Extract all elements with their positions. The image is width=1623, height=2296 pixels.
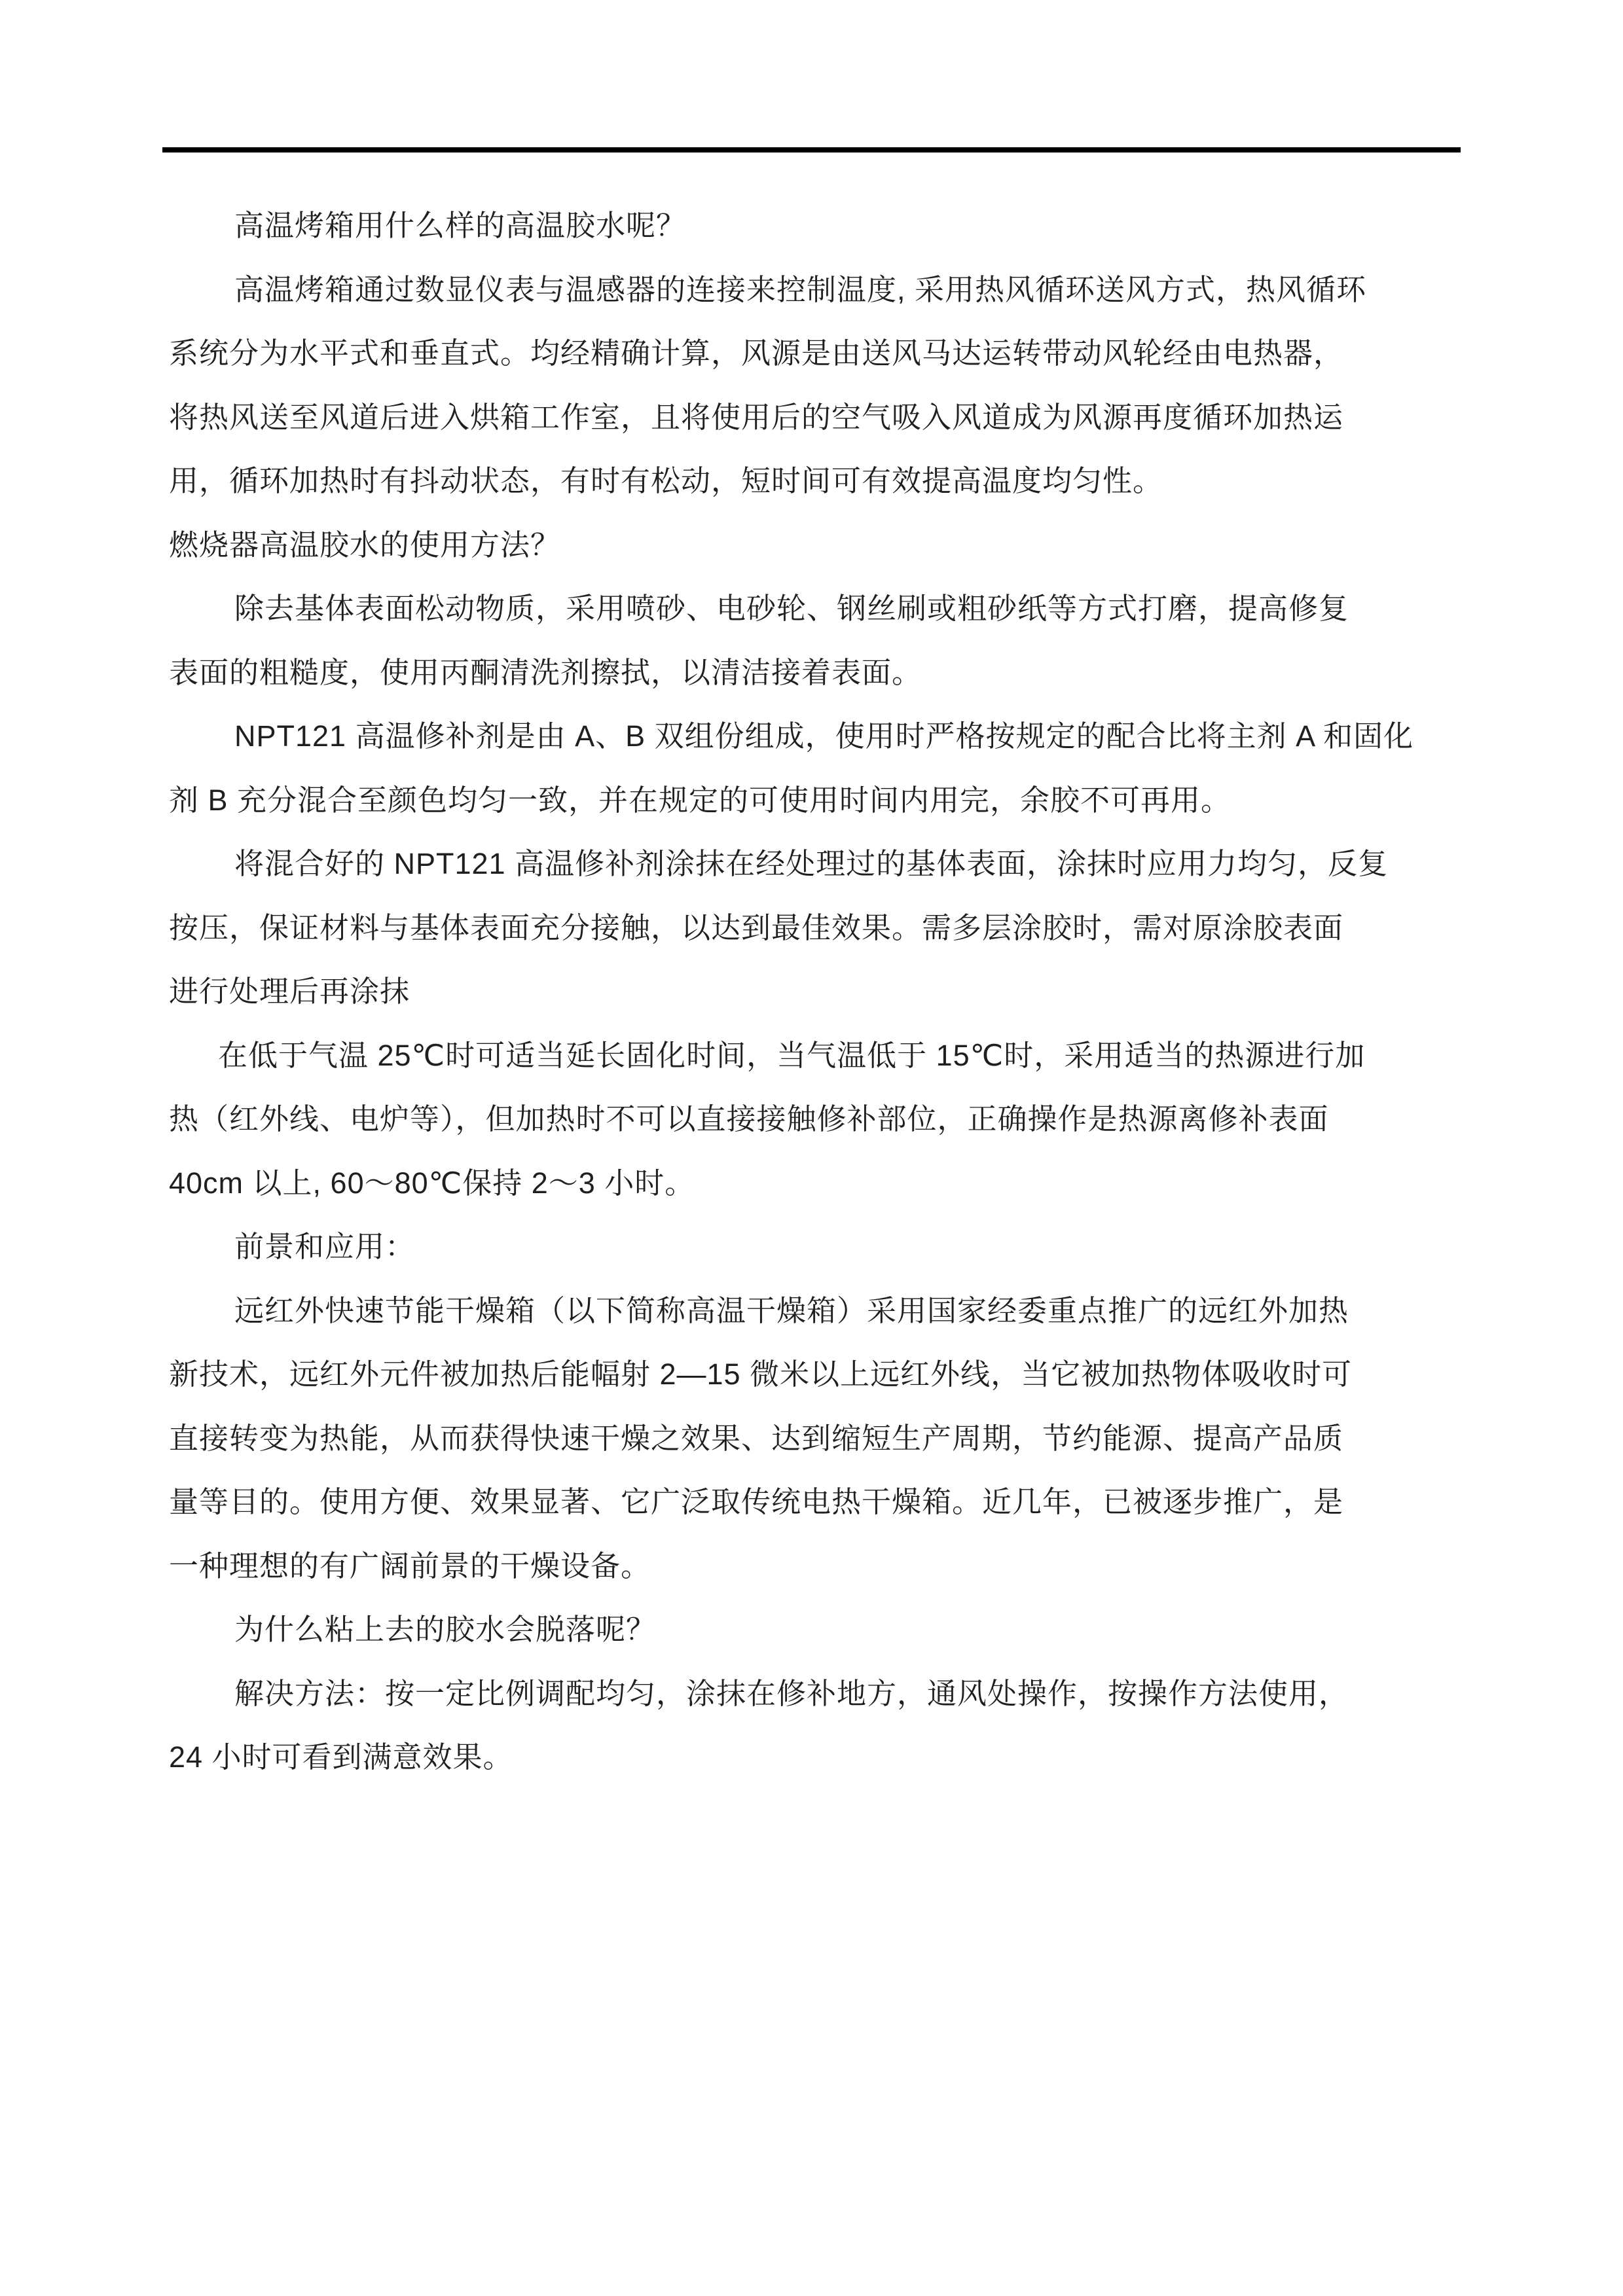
text-line: NPT121 高温修补剂是由 A、B 双组份组成，使用时严格按规定的配合比将主剂… bbox=[169, 704, 1462, 768]
text-line: 在低于气温 25℃时可适当延长固化时间，当气温低于 15℃时，采用适当的热源进行… bbox=[169, 1024, 1462, 1088]
text-line: 直接转变为热能，从而获得快速干燥之效果、达到缩短生产周期，节约能源、提高产品质 bbox=[169, 1407, 1462, 1471]
text-line: 为什么粘上去的胶水会脱落呢？ bbox=[169, 1598, 1462, 1662]
text-line: 高温烤箱用什么样的高温胶水呢？ bbox=[169, 194, 1462, 258]
text-line: 用，循环加热时有抖动状态，有时有松动，短时间可有效提高温度均匀性。 bbox=[169, 449, 1462, 513]
text-line: 解决方法：按一定比例调配均匀，涂抹在修补地方，通风处操作，按操作方法使用， bbox=[169, 1662, 1462, 1726]
text-line: 高温烤箱通过数显仪表与温感器的连接来控制温度, 采用热风循环送风方式，热风循环 bbox=[169, 258, 1462, 322]
text-line: 一种理想的有广阔前景的干燥设备。 bbox=[169, 1534, 1462, 1598]
text-line: 新技术，远红外元件被加热后能幅射 2—15 微米以上远红外线，当它被加热物体吸收… bbox=[169, 1342, 1462, 1407]
text-line: 量等目的。使用方便、效果显著、它广泛取传统电热干燥箱。近几年，已被逐步推广，是 bbox=[169, 1470, 1462, 1534]
text-line: 除去基体表面松动物质，采用喷砂、电砂轮、钢丝刷或粗砂纸等方式打磨，提高修复 bbox=[169, 577, 1462, 641]
text-line: 剂 B 充分混合至颜色均匀一致，并在规定的可使用时间内用完，余胶不可再用。 bbox=[169, 768, 1462, 833]
text-line: 按压，保证材料与基体表面充分接触，以达到最佳效果。需多层涂胶时，需对原涂胶表面 bbox=[169, 896, 1462, 960]
text-line: 40cm 以上, 60～80℃保持 2～3 小时。 bbox=[169, 1151, 1462, 1215]
document-body: 高温烤箱用什么样的高温胶水呢？高温烤箱通过数显仪表与温感器的连接来控制温度, 采… bbox=[169, 194, 1462, 1789]
header-rule bbox=[162, 147, 1461, 152]
text-line: 系统分为水平式和垂直式。均经精确计算，风源是由送风马达运转带动风轮经由电热器， bbox=[169, 321, 1462, 386]
text-line: 将热风送至风道后进入烘箱工作室，且将使用后的空气吸入风道成为风源再度循环加热运 bbox=[169, 386, 1462, 450]
document-page: 高温烤箱用什么样的高温胶水呢？高温烤箱通过数显仪表与温感器的连接来控制温度, 采… bbox=[0, 0, 1623, 2296]
text-line: 热（红外线、电炉等），但加热时不可以直接接触修补部位，正确操作是热源离修补表面 bbox=[169, 1087, 1462, 1151]
text-line: 表面的粗糙度，使用丙酮清洗剂擦拭，以清洁接着表面。 bbox=[169, 641, 1462, 705]
text-line: 燃烧器高温胶水的使用方法？ bbox=[169, 513, 1462, 577]
text-line: 进行处理后再涂抹 bbox=[169, 960, 1462, 1024]
text-line: 24 小时可看到满意效果。 bbox=[169, 1725, 1462, 1789]
text-line: 前景和应用： bbox=[169, 1215, 1462, 1279]
text-line: 远红外快速节能干燥箱（以下简称高温干燥箱）采用国家经委重点推广的远红外加热 bbox=[169, 1279, 1462, 1343]
text-line: 将混合好的 NPT121 高温修补剂涂抹在经处理过的基体表面，涂抹时应用力均匀，… bbox=[169, 832, 1462, 896]
